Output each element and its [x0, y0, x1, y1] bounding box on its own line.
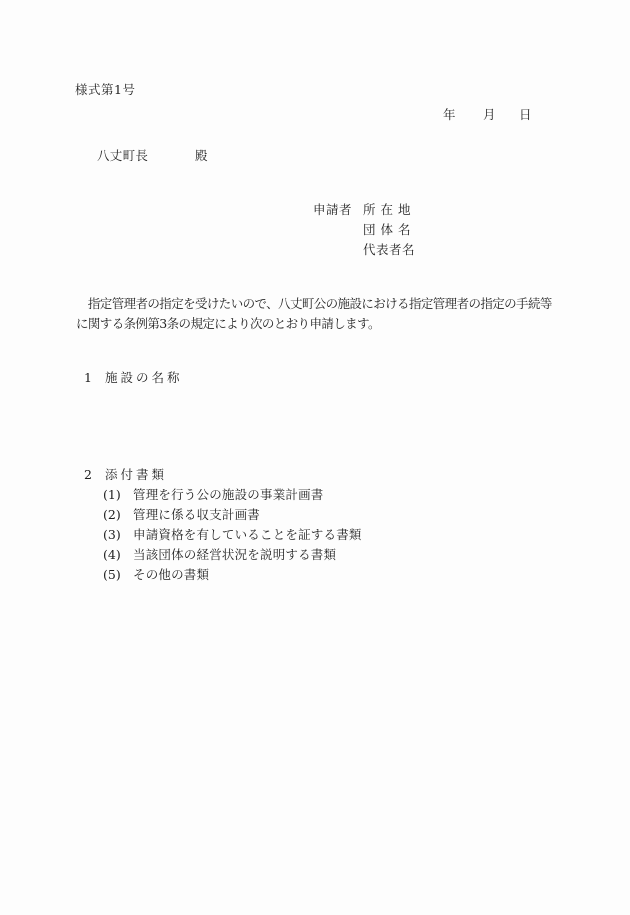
date-day-label: 日 [519, 107, 532, 122]
section-2-title: 添付書類 [105, 467, 167, 482]
section-1-title: 施設の名称 [105, 370, 183, 385]
form-number: 様式第1号 [75, 82, 135, 97]
applicant-label: 申請者 [313, 202, 352, 217]
attachment-item-3-number: (3) [103, 527, 121, 542]
addressee-honorific: 殿 [195, 148, 208, 163]
applicant-field-representative: 代表者名 [363, 242, 415, 257]
attachment-item-4-text: 当該団体の経営状況を説明する書類 [133, 547, 336, 562]
document-page: 様式第1号 年 月 日 八丈町長 殿 申請者 所 在 地 団 体 名 代表者名 … [0, 0, 630, 915]
body-paragraph-line-1: 指定管理者の指定を受けたいので、八丈町公の施設における指定管理者の指定の手続等 [76, 296, 552, 311]
attachment-item-1-number: (1) [103, 487, 121, 502]
attachment-item-2-number: (2) [103, 507, 121, 522]
attachment-item-1-text: 管理を行う公の施設の事業計画書 [133, 487, 324, 502]
section-2-number: 2 [84, 467, 92, 482]
attachment-item-3-text: 申請資格を有していることを証する書類 [133, 527, 362, 542]
attachment-item-5-text: その他の書類 [133, 567, 209, 582]
date-year-label: 年 [443, 107, 456, 122]
body-paragraph-line-2: に関する条例第3条の規定により次のとおり申請します。 [76, 316, 380, 331]
applicant-field-address: 所 在 地 [363, 202, 411, 217]
attachment-item-2-text: 管理に係る収支計画書 [133, 507, 260, 522]
attachment-item-4-number: (4) [103, 547, 121, 562]
applicant-field-organization: 団 体 名 [363, 222, 411, 237]
section-1-number: 1 [84, 370, 92, 385]
attachment-item-5-number: (5) [103, 567, 121, 582]
date-month-label: 月 [483, 107, 496, 122]
addressee-name: 八丈町長 [97, 148, 148, 163]
